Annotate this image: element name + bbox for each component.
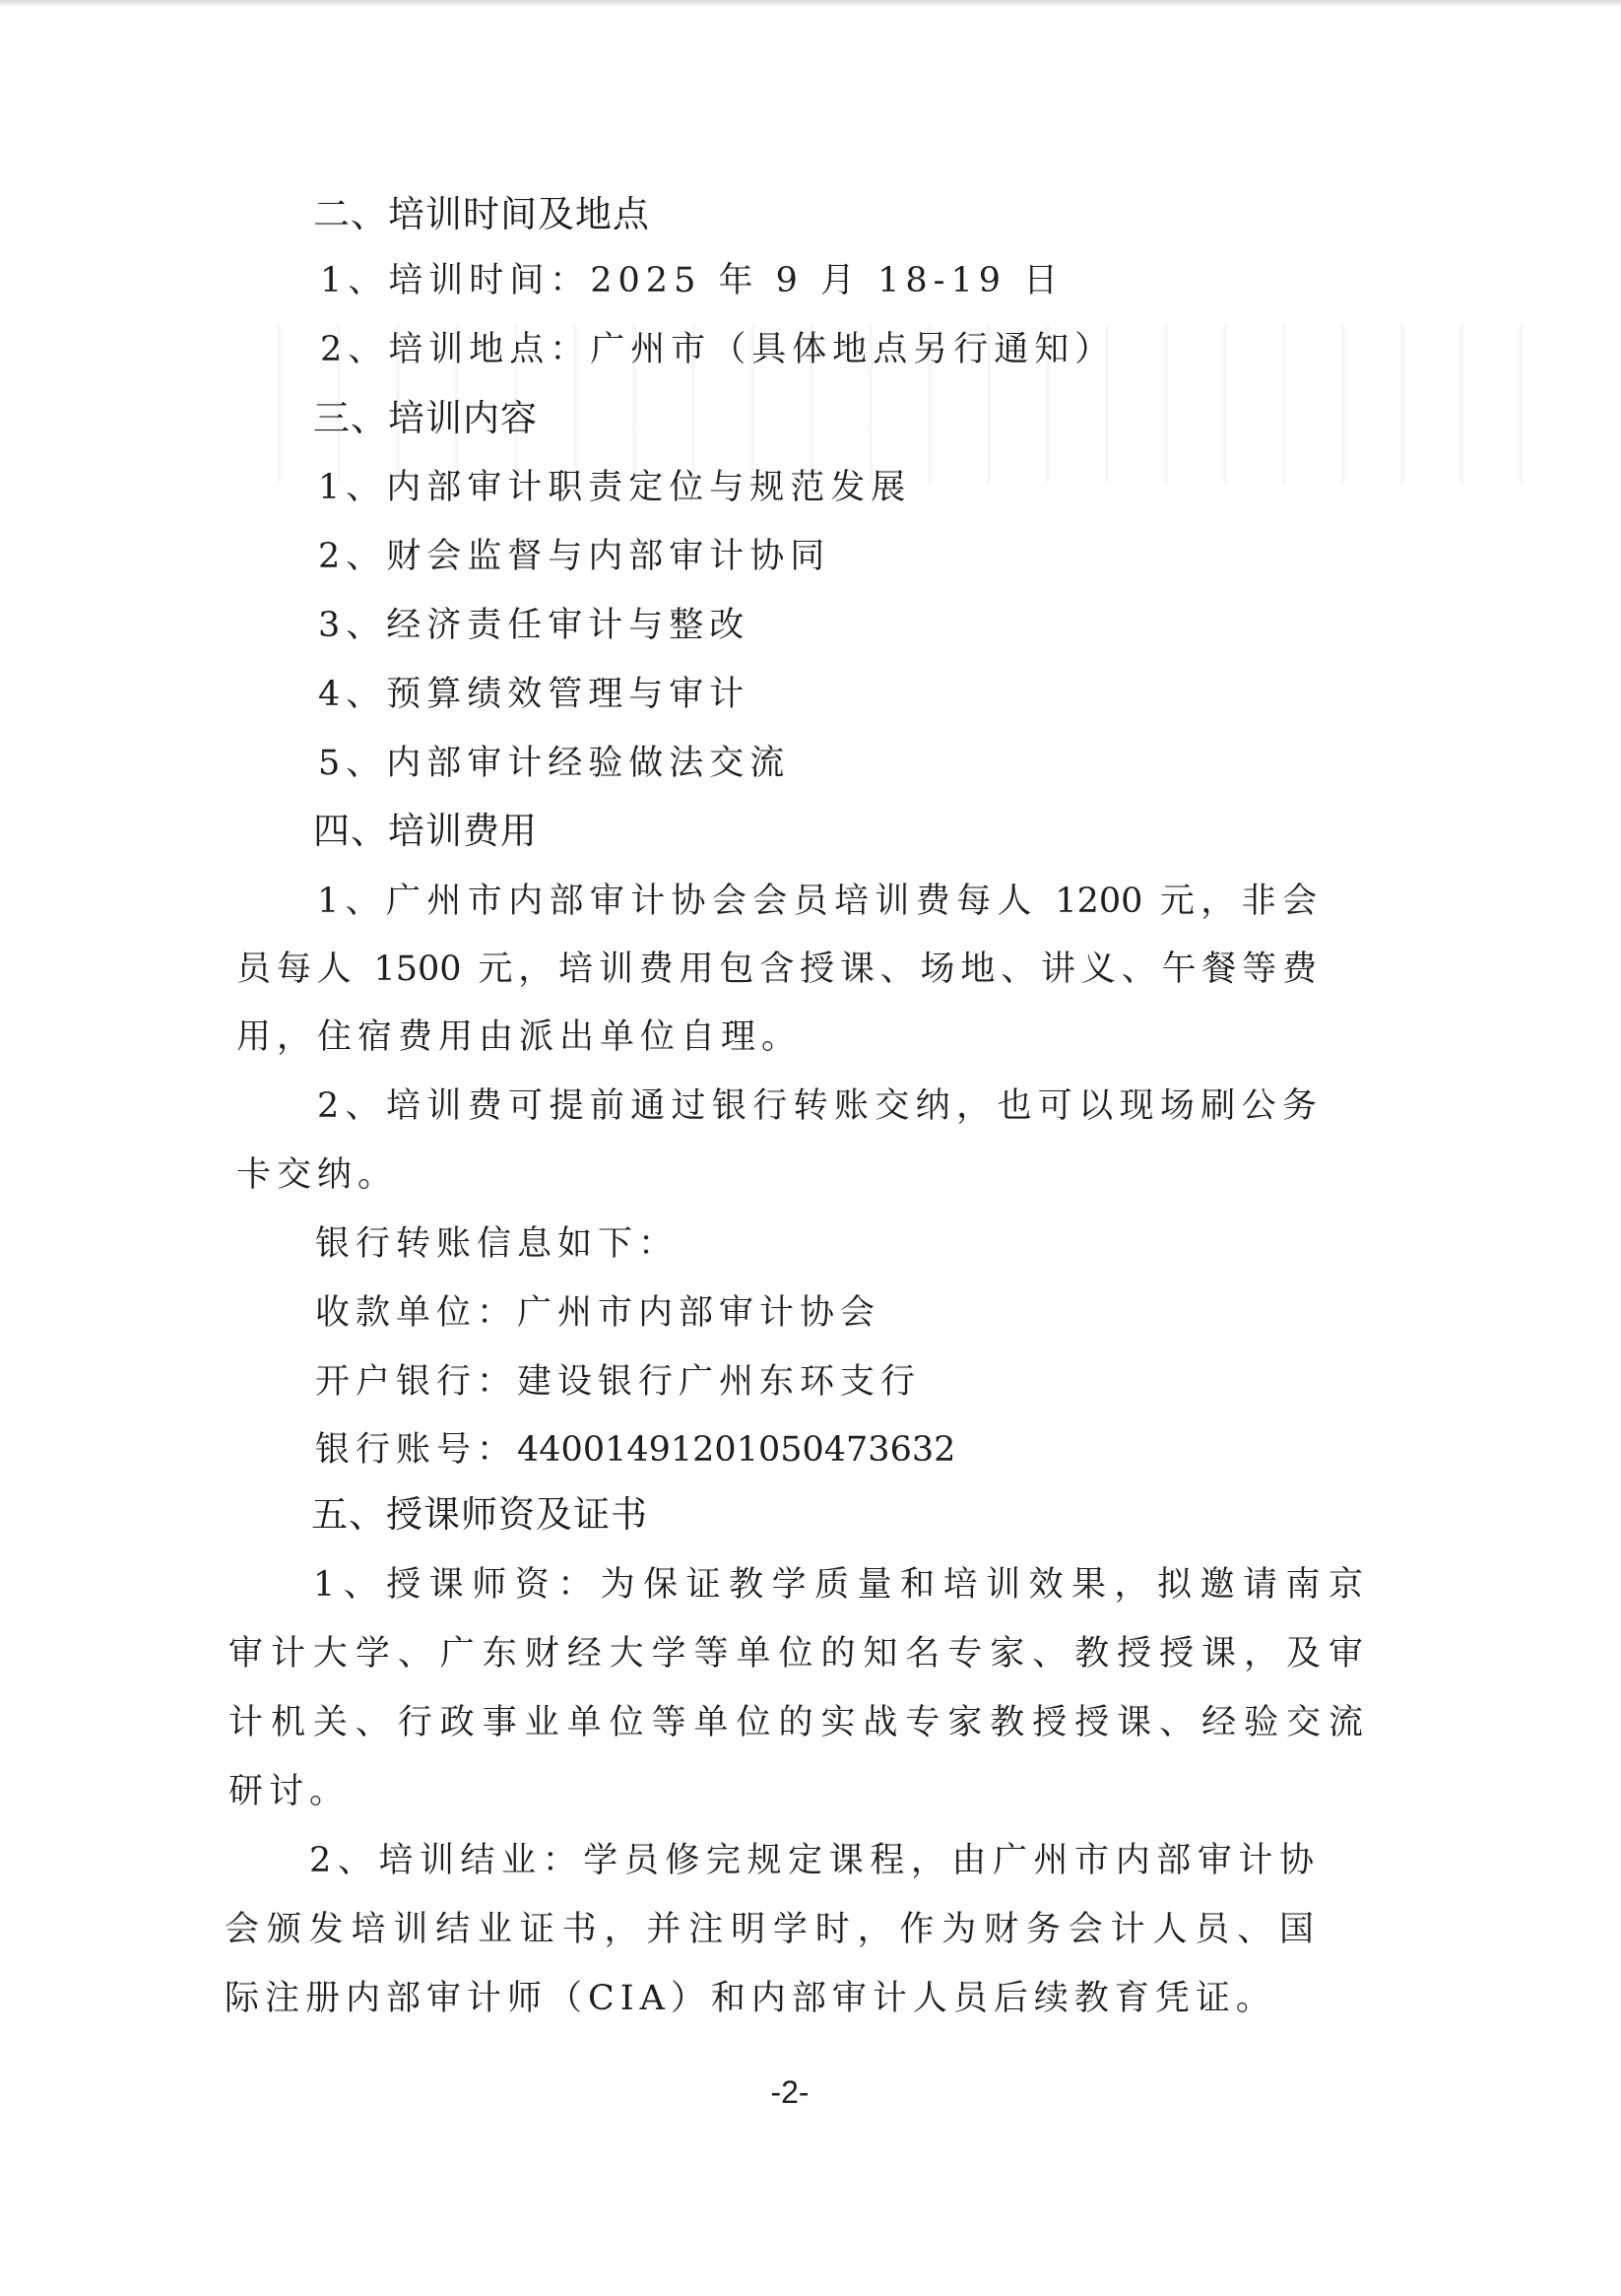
bank-name-label: 开户银行： bbox=[315, 1362, 517, 1402]
section-heading-content: 三、培训内容 bbox=[313, 397, 538, 440]
fees-paragraph-1-line-1: 1、广州市内部审计协会会员培训费每人 1200 元，非会 bbox=[317, 880, 1317, 923]
content-item-3: 3、经济责任审计与整改 bbox=[318, 604, 749, 647]
content-item-5: 5、内部审计经验做法交流 bbox=[318, 742, 790, 785]
section-heading-fees: 四、培训费用 bbox=[313, 810, 538, 853]
training-location: 2、培训地点：广州市（具体地点另行通知） bbox=[320, 328, 1115, 371]
content-item-2: 2、财会监督与内部审计协同 bbox=[318, 535, 830, 578]
fees-paragraph-1-line-2: 员每人 1500 元，培训费用包含授课、场地、讲义、午餐等费 bbox=[236, 948, 1317, 991]
fees-paragraph-2-line-1: 2、培训费可提前通过银行转账交纳，也可以现场刷公务 bbox=[317, 1084, 1317, 1128]
certificate-paragraph-line-3: 际注册内部审计师（CIA）和内部审计人员后续教育凭证。 bbox=[225, 1977, 1276, 2020]
content-item-4: 4、预算绩效管理与审计 bbox=[318, 673, 749, 716]
bank-name-row: 开户银行：建设银行广州东环支行 bbox=[315, 1360, 921, 1404]
section-heading-teachers-certificates: 五、授课师资及证书 bbox=[311, 1493, 648, 1537]
teachers-paragraph-line-3: 计机关、行政事业单位等单位的实战专家教授授课、经验交流 bbox=[228, 1701, 1363, 1744]
bank-info-intro: 银行转账信息如下： bbox=[315, 1222, 679, 1266]
bank-payee-row: 收款单位：广州市内部审计协会 bbox=[315, 1291, 880, 1335]
bank-payee-value: 广州市内部审计协会 bbox=[517, 1293, 880, 1333]
certificate-paragraph-line-2: 会颁发培训结业证书，并注明学时，作为财务会计人员、国 bbox=[225, 1908, 1314, 1951]
bank-name-value: 建设银行广州东环支行 bbox=[517, 1362, 921, 1402]
teachers-paragraph-line-4: 研讨。 bbox=[228, 1770, 350, 1813]
certificate-paragraph-line-1: 2、培训结业：学员修完规定课程，由广州市内部审计协 bbox=[309, 1839, 1314, 1882]
bank-account-row: 银行账号：44001491201050473632 bbox=[315, 1428, 955, 1472]
section-heading-time-location: 二、培训时间及地点 bbox=[313, 193, 650, 236]
teachers-paragraph-line-2: 审计大学、广东财经大学等单位的知名专家、教授授课，及审 bbox=[228, 1632, 1363, 1675]
bank-account-label: 银行账号： bbox=[315, 1430, 517, 1470]
content-item-1: 1、内部审计职责定位与规范发展 bbox=[318, 466, 911, 509]
fees-paragraph-2-line-2: 卡交纳。 bbox=[236, 1153, 398, 1197]
scan-edge bbox=[0, 0, 1621, 6]
teachers-paragraph-line-1: 1、授课师资：为保证教学质量和培训效果，拟邀请南京 bbox=[313, 1563, 1363, 1607]
bank-account-value: 44001491201050473632 bbox=[517, 1430, 955, 1470]
page-number: -2- bbox=[758, 2072, 821, 2112]
training-time: 1、培训时间：2025 年 9 月 18-19 日 bbox=[320, 259, 1064, 302]
fees-paragraph-1-line-3: 用，住宿费用由派出单位自理。 bbox=[236, 1016, 802, 1059]
bank-payee-label: 收款单位： bbox=[315, 1293, 517, 1333]
